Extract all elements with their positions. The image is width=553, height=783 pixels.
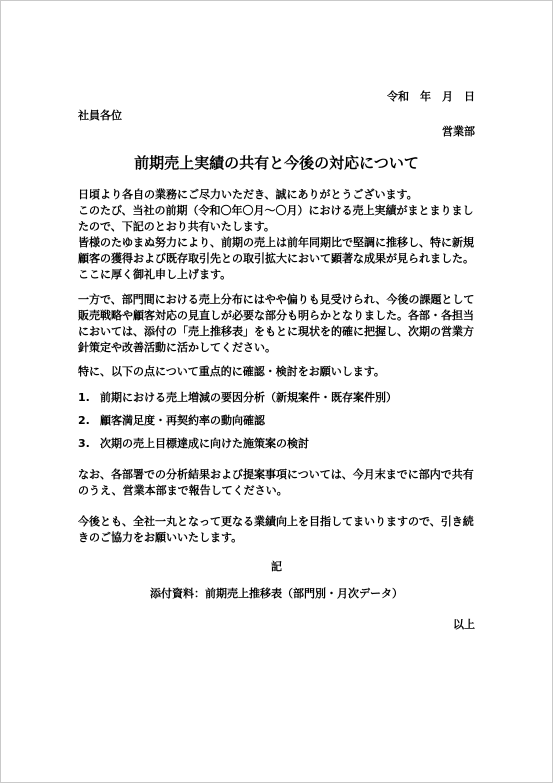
list-item-text: 前期における売上増減の要因分析（新規案件・既存案件別） bbox=[100, 390, 475, 406]
list-item-number: 3. bbox=[78, 436, 100, 452]
paragraph-report-deadline: なお、各部署での分析結果および提案事項については、今月末までに部内で共有のうえ、… bbox=[78, 467, 475, 499]
review-point-list: 1. 前期における売上増減の要因分析（新規案件・既存案件別） 2. 顧客満足度・… bbox=[78, 390, 475, 452]
list-item: 3. 次期の売上目標達成に向けた施策案の検討 bbox=[78, 436, 475, 452]
list-item-number: 2. bbox=[78, 413, 100, 429]
document-page: 令和 年 月 日 社員各位 営業部 前期売上実績の共有と今後の対応について 日頃… bbox=[0, 0, 553, 783]
document-body: 日頃より各自の業務にご尽力いただき、誠にありがとうございます。 このたび、当社の… bbox=[78, 187, 475, 546]
list-item-text: 顧客満足度・再契約率の動向確認 bbox=[100, 413, 475, 429]
closing-word: 以上 bbox=[78, 617, 475, 633]
sender-department: 営業部 bbox=[78, 124, 475, 140]
attachment-line: 添付資料：前期売上推移表（部門別・月次データ） bbox=[78, 586, 475, 602]
paragraph-closing-remark: 今後とも、全社一丸となって更なる業績向上を目指してまいりますので、引き続きのご協… bbox=[78, 514, 475, 546]
paragraph-review-request: 特に、以下の点について重点的に確認・検討をお願いします。 bbox=[78, 364, 475, 380]
list-item: 1. 前期における売上増減の要因分析（新規案件・既存案件別） bbox=[78, 390, 475, 406]
list-item-number: 1. bbox=[78, 390, 100, 406]
intro-paragraph-results: 皆様のたゆまぬ努力により、前期の売上は前年同期比で堅調に推移し、特に新規顧客の獲… bbox=[78, 235, 475, 283]
intro-paragraph-thanks: 日頃より各自の業務にご尽力いただき、誠にありがとうございます。 bbox=[78, 187, 475, 203]
ki-marker: 記 bbox=[78, 559, 475, 575]
date-line: 令和 年 月 日 bbox=[78, 89, 475, 105]
intro-paragraph-announcement: このたび、当社の前期（令和〇年〇月～〇月）における売上実績がまとまりましたので、… bbox=[78, 203, 475, 235]
paragraph-issues: 一方で、部門間における売上分布にはやや偏りも見受けられ、今後の課題として販売戦略… bbox=[78, 292, 475, 356]
list-item-text: 次期の売上目標達成に向けた施策案の検討 bbox=[100, 436, 475, 452]
list-item: 2. 顧客満足度・再契約率の動向確認 bbox=[78, 413, 475, 429]
recipient-line: 社員各位 bbox=[78, 108, 475, 124]
document-title: 前期売上実績の共有と今後の対応について bbox=[78, 153, 475, 173]
